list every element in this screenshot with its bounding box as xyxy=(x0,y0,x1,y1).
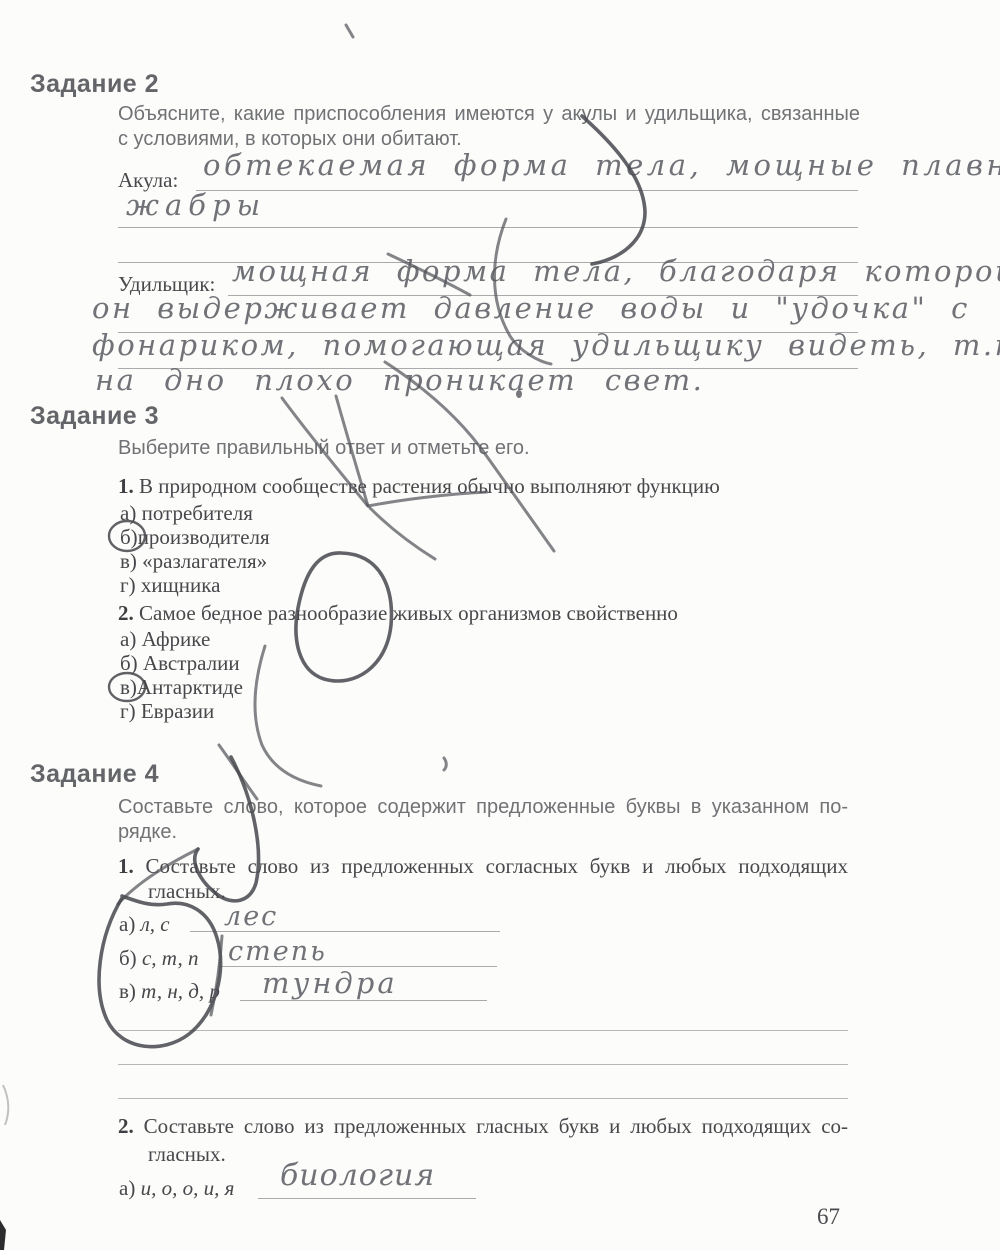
answer-line xyxy=(118,227,858,228)
scan-edge-mark xyxy=(3,1085,8,1125)
task4-sub1-text-line2: гласных. xyxy=(148,879,226,904)
pencil-stroke xyxy=(219,745,257,799)
q1-option-b: б)производителя xyxy=(120,525,270,550)
sub2-answer-a: биология xyxy=(280,1158,435,1193)
angler-answer-handwriting-2: он выдерживает давление воды и "удочка" … xyxy=(92,291,970,325)
sub1-item-v: в) т, н, д, р xyxy=(119,979,220,1004)
question2-number: 2. xyxy=(118,601,134,625)
shark-answer-handwriting-2: жабры xyxy=(126,188,266,222)
task2-heading: Задание 2 xyxy=(30,70,159,99)
sub1-item-b: б) с, т, п xyxy=(119,946,198,971)
answer-line xyxy=(240,1000,487,1001)
task4-sub1-text-line1: 1. Составьте слово из предложенных согла… xyxy=(118,854,848,879)
task4-instruction-line1: Составьте слово, которое содержит предло… xyxy=(118,796,848,819)
q1-option-a: а) потребителя xyxy=(120,501,253,526)
angler-answer-handwriting-1: мощная форма тела, благодаря которой xyxy=(232,254,1000,288)
q2-option-v: в)Антарктиде xyxy=(120,675,243,700)
pencil-stroke xyxy=(255,646,321,786)
sub1-item-a: а) л, с xyxy=(119,912,170,937)
sub1-number: 1. xyxy=(118,854,134,878)
task4-heading: Задание 4 xyxy=(30,760,159,789)
letters-hint: с, т, п xyxy=(142,946,199,970)
task4-sub2-text-line1: 2. Составьте слово из предложенных гласн… xyxy=(118,1114,848,1139)
question1-number: 1. xyxy=(118,474,134,498)
sub1-answer-v: тундра xyxy=(262,966,398,1000)
shark-answer-handwriting-1: обтекаемая форма тела, мощные плавники, xyxy=(203,148,1000,182)
q2-option-a: а) Африке xyxy=(120,627,210,652)
task3-heading: Задание 3 xyxy=(30,402,159,431)
angler-answer-handwriting-3: фонариком, помогающая удильщику видеть, … xyxy=(92,328,1000,362)
angler-answer-handwriting-4: на дно плохо проникает свет. xyxy=(95,363,704,397)
q2-option-g: г) Евразии xyxy=(120,699,214,724)
small-mark xyxy=(346,25,353,37)
small-mark xyxy=(444,758,446,770)
q1-option-g: г) хищника xyxy=(120,573,220,598)
workbook-scanned-page: Задание 2 Объясните, какие приспособлени… xyxy=(0,0,1000,1250)
letters-hint: л, с xyxy=(141,912,170,936)
answer-line xyxy=(118,1098,848,1099)
sub1-answer-a: лес xyxy=(224,901,278,932)
task4-sub2-text-line2: гласных. xyxy=(148,1142,226,1167)
answer-line xyxy=(196,190,858,191)
pencil-stroke xyxy=(370,508,435,559)
question2-text: Самое бедное разнообразие живых организм… xyxy=(139,601,678,625)
scan-corner-artifact xyxy=(0,1220,6,1250)
answer-line xyxy=(118,1064,848,1065)
letters-hint: и, о, о, и, я xyxy=(141,1176,235,1200)
sub2-item-a: а) и, о, о, и, я xyxy=(119,1176,234,1201)
task3-instruction: Выберите правильный ответ и отметьте его… xyxy=(118,437,530,460)
answer-line xyxy=(258,1198,476,1199)
sub2-number: 2. xyxy=(118,1114,134,1138)
task3-question1: 1. В природном сообществе растения обычн… xyxy=(118,474,720,499)
letters-hint: т, н, д, р xyxy=(141,979,220,1003)
task4-instruction-line2: рядке. xyxy=(118,821,177,844)
page-number: 67 xyxy=(817,1204,840,1230)
q1-option-v: в) «разлагателя» xyxy=(120,549,267,574)
task3-question2: 2. Самое бедное разнообразие живых орган… xyxy=(118,601,678,626)
answer-line xyxy=(118,1030,848,1031)
q2-option-b: б) Австралии xyxy=(120,651,240,676)
question1-text: В природном сообществе растения обычно в… xyxy=(139,474,720,498)
task2-instruction-line1: Объясните, какие приспособления имеются … xyxy=(118,103,860,126)
sub1-answer-b: степь xyxy=(228,936,327,967)
